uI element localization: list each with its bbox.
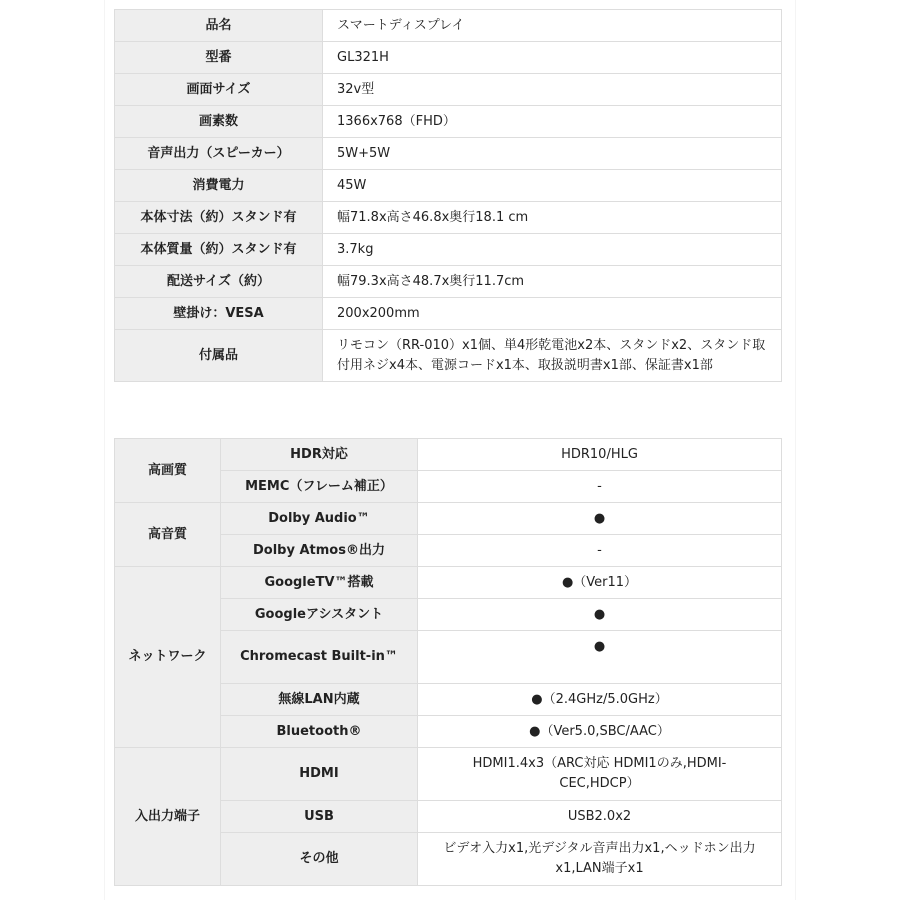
spec-value: 32v型	[323, 74, 782, 106]
feature-value: ●（Ver5.0,SBC/AAC）	[418, 716, 782, 748]
spec-value: 200x200mm	[323, 298, 782, 330]
table-row: 壁掛け：VESA200x200mm	[115, 298, 782, 330]
table-row: 品名スマートディスプレイ	[115, 10, 782, 42]
spec-label: 本体寸法（約）スタンド有	[115, 202, 323, 234]
table-row: 高音質 Dolby Audio™ ●	[115, 503, 782, 535]
table-row: 画面サイズ32v型	[115, 74, 782, 106]
feature-label: Dolby Audio™	[221, 503, 418, 535]
spec-value: 幅79.3x高さ48.7x奥行11.7cm	[323, 266, 782, 298]
group-label-io-ports: 入出力端子	[115, 748, 221, 886]
table-row: 型番GL321H	[115, 42, 782, 74]
feature-label: HDMI	[221, 748, 418, 801]
feature-value: -	[418, 535, 782, 567]
spec-value: スマートディスプレイ	[323, 10, 782, 42]
spec-label: 壁掛け：VESA	[115, 298, 323, 330]
table-row: 音声出力（スピーカー）5W+5W	[115, 138, 782, 170]
table-row: 本体質量（約）スタンド有3.7kg	[115, 234, 782, 266]
group-label-network: ネットワーク	[115, 567, 221, 748]
feature-label: その他	[221, 833, 418, 886]
feature-value: ●	[418, 631, 782, 684]
spec-label: 消費電力	[115, 170, 323, 202]
table-row: 高画質 HDR対応 HDR10/HLG	[115, 439, 782, 471]
table-row: 消費電力45W	[115, 170, 782, 202]
spec-value: 幅71.8x高さ46.8x奥行18.1 cm	[323, 202, 782, 234]
page-guide-right	[795, 0, 796, 900]
feature-value: -	[418, 471, 782, 503]
feature-value: ビデオ入力x1,光デジタル音声出力x1,ヘッドホン出力x1,LAN端子x1	[418, 833, 782, 886]
feature-label: HDR対応	[221, 439, 418, 471]
spec-value: 3.7kg	[323, 234, 782, 266]
table-row: 画素数1366x768（FHD）	[115, 106, 782, 138]
table-row: 本体寸法（約）スタンド有幅71.8x高さ46.8x奥行18.1 cm	[115, 202, 782, 234]
feature-value: USB2.0x2	[418, 801, 782, 833]
table-row: 付属品リモコン（RR-010）x1個、単4形乾電池x2本、スタンドx2、スタンド…	[115, 330, 782, 382]
spec-value: 5W+5W	[323, 138, 782, 170]
feature-value: ●	[418, 503, 782, 535]
feature-label: USB	[221, 801, 418, 833]
group-label-picture: 高画質	[115, 439, 221, 503]
feature-label: GoogleTV™搭載	[221, 567, 418, 599]
feature-table: 高画質 HDR対応 HDR10/HLG MEMC（フレーム補正） - 高音質 D…	[114, 438, 782, 886]
spec-value: リモコン（RR-010）x1個、単4形乾電池x2本、スタンドx2、スタンド取付用…	[323, 330, 782, 382]
feature-label: MEMC（フレーム補正）	[221, 471, 418, 503]
spec-value: GL321H	[323, 42, 782, 74]
spec-label: 画素数	[115, 106, 323, 138]
feature-value: HDR10/HLG	[418, 439, 782, 471]
spec-label: 型番	[115, 42, 323, 74]
feature-value: HDMI1.4x3（ARC対応 HDMI1のみ,HDMI-CEC,HDCP）	[418, 748, 782, 801]
spec-table: 品名スマートディスプレイ 型番GL321H 画面サイズ32v型 画素数1366x…	[114, 9, 782, 382]
feature-value: ●	[418, 599, 782, 631]
spec-label: 本体質量（約）スタンド有	[115, 234, 323, 266]
feature-label: 無線LAN内蔵	[221, 684, 418, 716]
spec-label: 配送サイズ（約）	[115, 266, 323, 298]
spec-label: 音声出力（スピーカー）	[115, 138, 323, 170]
table-row: 入出力端子 HDMI HDMI1.4x3（ARC対応 HDMI1のみ,HDMI-…	[115, 748, 782, 801]
spec-label: 付属品	[115, 330, 323, 382]
page-guide-left	[104, 0, 105, 900]
feature-value: ●（Ver11）	[418, 567, 782, 599]
table-row: ネットワーク GoogleTV™搭載 ●（Ver11）	[115, 567, 782, 599]
feature-label: Bluetooth®	[221, 716, 418, 748]
table-row: 配送サイズ（約）幅79.3x高さ48.7x奥行11.7cm	[115, 266, 782, 298]
feature-label: Googleアシスタント	[221, 599, 418, 631]
group-label-audio: 高音質	[115, 503, 221, 567]
spec-value: 45W	[323, 170, 782, 202]
feature-label: Dolby Atmos®出力	[221, 535, 418, 567]
feature-value: ●（2.4GHz/5.0GHz）	[418, 684, 782, 716]
spec-label: 品名	[115, 10, 323, 42]
spec-value: 1366x768（FHD）	[323, 106, 782, 138]
spec-label: 画面サイズ	[115, 74, 323, 106]
feature-label: Chromecast Built-in™	[221, 631, 418, 684]
